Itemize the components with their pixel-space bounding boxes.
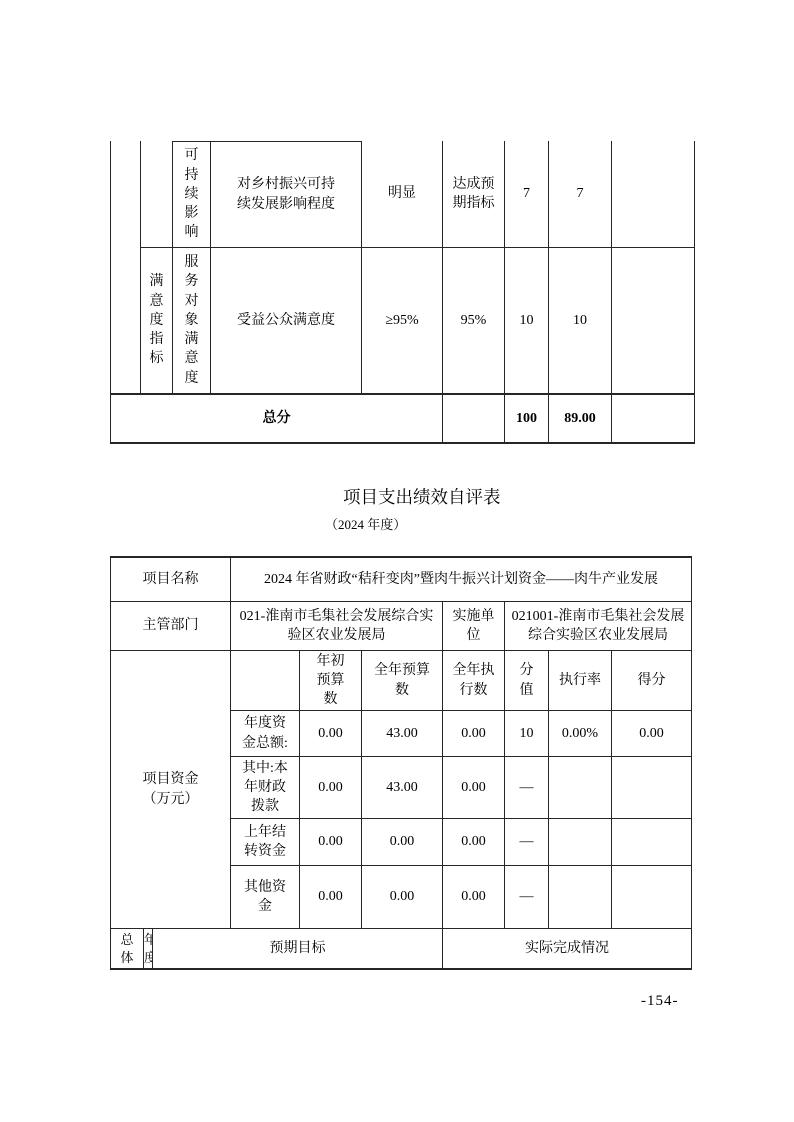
funds-begin-cell: 0.00: [299, 818, 361, 865]
funds-row-label-cell: 其他资金: [230, 865, 299, 928]
score-cell-points: 7: [504, 141, 548, 247]
funds-annual-cell: 0.00: [361, 865, 442, 928]
score-cell-category-empty: [110, 141, 140, 393]
funds-rate-value: 0.00%: [562, 724, 598, 743]
score-text: 10: [573, 311, 587, 330]
funds-points-value: —: [520, 887, 534, 906]
page-title: 项目支出绩效自评表: [343, 484, 501, 509]
funds-exec-value: 0.00: [461, 724, 486, 743]
score-cell-group: 满意度指标: [140, 247, 172, 393]
funds-score-cell: [611, 865, 691, 928]
project-name-value: 2024 年省财政“秸秆变肉”暨肉牛振兴计划资金——肉牛产业发展: [264, 570, 658, 589]
score-cell-subcategory: 可持续影响: [172, 141, 210, 247]
subcategory-text: 服务对象满意度: [184, 253, 199, 388]
funds-points-value: —: [520, 778, 534, 797]
funds-header-empty: [230, 650, 299, 710]
funds-points-value: —: [520, 832, 534, 851]
indicator-text: 对乡村振兴可持续发展影响程度: [235, 175, 337, 214]
funds-begin-value: 0.00: [318, 778, 343, 797]
impl-unit-value: 021001-淮南市毛集社会发展综合实验区农业发展局: [510, 607, 686, 646]
score-text: 7: [577, 184, 584, 203]
funds-row-label-cell: 年度资金总额:: [230, 710, 299, 756]
funds-annual-cell: 43.00: [361, 710, 442, 756]
funds-begin-value: 0.00: [318, 887, 343, 906]
department-label: 主管部门: [143, 616, 199, 635]
document-page: 可持续影响 对乡村振兴可持续发展影响程度 明显 达成预期指标 7 7 满意度指标…: [0, 0, 794, 1122]
project-name-value-cell: 2024 年省财政“秸秆变肉”暨肉牛振兴计划资金——肉牛产业发展: [230, 558, 691, 601]
page-subtitle: （2024 年度）: [325, 514, 406, 533]
actual-text: 达成预期指标: [451, 175, 497, 214]
department-value: 021-淮南市毛集社会发展综合实验区农业发展局: [239, 607, 435, 646]
funds-rate-cell: 0.00%: [548, 710, 611, 756]
header-begin-text: 年初预算数: [315, 652, 347, 710]
funds-row-label: 上年结转资金: [241, 823, 289, 862]
total-empty-cell: [442, 393, 504, 442]
impl-unit-label: 实施单位: [451, 607, 497, 646]
header-rate-text: 执行率: [559, 671, 601, 690]
score-cell-actual: 达成预期指标: [442, 141, 504, 247]
overall-label-cell: 总体: [110, 928, 143, 968]
overall-label-clipped-cell: 年度: [143, 928, 152, 968]
project-name-label-cell: 项目名称: [110, 558, 230, 601]
funds-score-value: 0.00: [639, 724, 664, 743]
score-cell-target: 明显: [361, 141, 442, 247]
actual-text: 95%: [461, 311, 487, 330]
expected-goal-header-cell: 预期目标: [152, 928, 442, 968]
funds-points-cell: —: [504, 818, 548, 865]
department-value-cell: 021-淮南市毛集社会发展综合实验区农业发展局: [230, 601, 442, 650]
funds-points-value: 10: [520, 724, 534, 743]
score-cell-note: [611, 141, 694, 247]
funds-annual-value: 0.00: [390, 832, 415, 851]
self-eval-table: 项目名称 2024 年省财政“秸秆变肉”暨肉牛振兴计划资金——肉牛产业发展 主管…: [110, 556, 692, 970]
score-cell-indicator: 受益公众满意度: [210, 247, 361, 393]
funds-row-label-cell: 其中:本年财政拨款: [230, 756, 299, 818]
funds-row-label-cell: 上年结转资金: [230, 818, 299, 865]
expected-goal-header: 预期目标: [270, 939, 326, 958]
funds-row-label: 其中:本年财政拨款: [241, 759, 289, 817]
score-cell-actual: 95%: [442, 247, 504, 393]
funds-points-cell: —: [504, 756, 548, 818]
total-score-cell: 89.00: [548, 393, 611, 442]
funds-exec-cell: 0.00: [442, 756, 504, 818]
funds-exec-value: 0.00: [461, 832, 486, 851]
overall-label-text: 总体: [120, 931, 134, 967]
score-cell-group-empty: [140, 141, 172, 247]
subcategory-text: 可持续影响: [184, 146, 199, 243]
header-points-text: 分值: [519, 661, 535, 700]
funds-begin-cell: 0.00: [299, 710, 361, 756]
header-score-text: 得分: [638, 671, 666, 690]
header-begin-budget: 年初预算数: [299, 650, 361, 710]
points-text: 7: [523, 184, 530, 203]
total-label-cell: 总分: [110, 393, 442, 442]
funds-exec-value: 0.00: [461, 778, 486, 797]
score-table: 可持续影响 对乡村振兴可持续发展影响程度 明显 达成预期指标 7 7 满意度指标…: [110, 141, 695, 444]
funds-row-label: 年度资金总额:: [241, 714, 289, 753]
header-annual-budget: 全年预算数: [361, 650, 442, 710]
funds-rate-cell: [548, 865, 611, 928]
score-cell-score: 7: [548, 141, 611, 247]
funds-label: 项目资金（万元）: [139, 770, 203, 809]
funds-begin-value: 0.00: [318, 724, 343, 743]
actual-completion-header-cell: 实际完成情况: [442, 928, 691, 968]
actual-completion-header: 实际完成情况: [525, 939, 609, 958]
funds-row-label: 其他资金: [241, 878, 289, 917]
funds-rate-cell: [548, 756, 611, 818]
score-cell-score: 10: [548, 247, 611, 393]
funds-score-cell: 0.00: [611, 710, 691, 756]
funds-exec-cell: 0.00: [442, 818, 504, 865]
overall-label-clipped-text: 年度: [144, 931, 152, 967]
funds-label-cell: 项目资金（万元）: [110, 650, 230, 928]
funds-exec-cell: 0.00: [442, 865, 504, 928]
page-number: -154-: [641, 993, 679, 1010]
header-score: 得分: [611, 650, 691, 710]
funds-score-cell: [611, 756, 691, 818]
points-text: 10: [520, 311, 534, 330]
funds-annual-cell: 43.00: [361, 756, 442, 818]
score-cell-note: [611, 247, 694, 393]
impl-unit-label-cell: 实施单位: [442, 601, 504, 650]
impl-unit-value-cell: 021001-淮南市毛集社会发展综合实验区农业发展局: [504, 601, 691, 650]
funds-begin-cell: 0.00: [299, 756, 361, 818]
score-cell-indicator: 对乡村振兴可持续发展影响程度: [210, 141, 361, 247]
category-text: 满意度指标: [149, 272, 164, 369]
target-text: ≥95%: [385, 311, 418, 330]
total-label-text: 总分: [263, 409, 291, 428]
funds-begin-cell: 0.00: [299, 865, 361, 928]
funds-annual-value: 43.00: [386, 778, 418, 797]
funds-exec-cell: 0.00: [442, 710, 504, 756]
funds-rate-cell: [548, 818, 611, 865]
funds-begin-value: 0.00: [318, 832, 343, 851]
total-points-text: 100: [516, 409, 537, 428]
total-points-cell: 100: [504, 393, 548, 442]
funds-points-cell: —: [504, 865, 548, 928]
funds-points-cell: 10: [504, 710, 548, 756]
project-name-label: 项目名称: [143, 570, 199, 589]
header-exec-text: 全年执行数: [451, 661, 497, 700]
total-score-text: 89.00: [564, 409, 596, 428]
header-points: 分值: [504, 650, 548, 710]
funds-annual-value: 43.00: [386, 724, 418, 743]
header-annual-text: 全年预算数: [372, 661, 432, 700]
score-cell-subcategory: 服务对象满意度: [172, 247, 210, 393]
indicator-text: 受益公众满意度: [237, 311, 335, 330]
funds-annual-value: 0.00: [390, 887, 415, 906]
target-text: 明显: [388, 184, 416, 203]
funds-exec-value: 0.00: [461, 887, 486, 906]
score-cell-points: 10: [504, 247, 548, 393]
header-exec-rate: 执行率: [548, 650, 611, 710]
funds-annual-cell: 0.00: [361, 818, 442, 865]
header-executed: 全年执行数: [442, 650, 504, 710]
funds-score-cell: [611, 818, 691, 865]
score-cell-target: ≥95%: [361, 247, 442, 393]
department-label-cell: 主管部门: [110, 601, 230, 650]
total-note-cell: [611, 393, 694, 442]
